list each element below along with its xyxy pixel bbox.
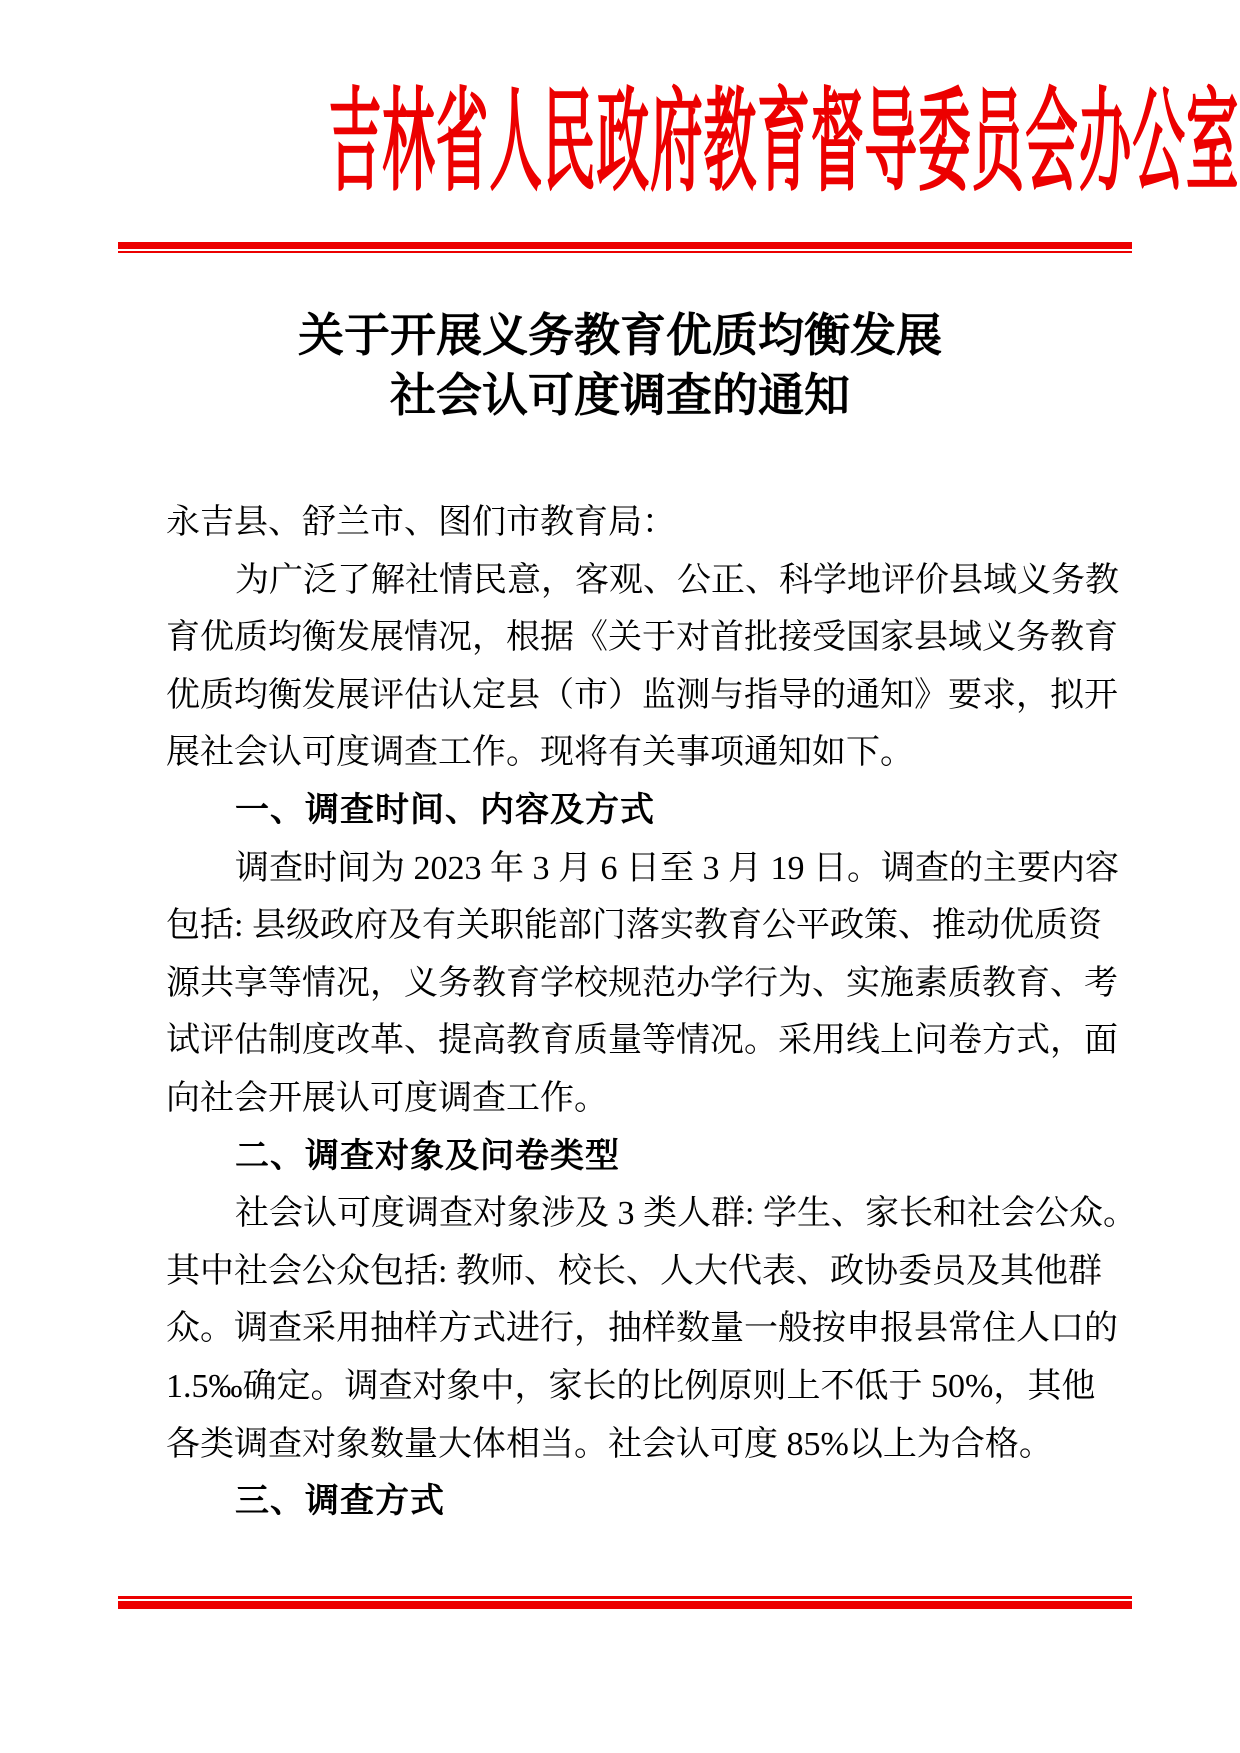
red-separator-top-thin-bar	[118, 251, 1132, 253]
body-line: 试评估制度改革、提高教育质量等情况。采用线上问卷方式，面	[166, 1012, 1088, 1070]
body-line: 其中社会公众包括: 教师、校长、人大代表、政协委员及其他群	[166, 1243, 1088, 1301]
body-line: 各类调查对象数量大体相当。社会认可度 85%以上为合格。	[166, 1416, 1088, 1474]
section-heading-2: 二、调查对象及问卷类型	[166, 1128, 1088, 1186]
document-body: 永吉县、舒兰市、图们市教育局： 为广泛了解社情民意，客观、公正、科学地评价县域义…	[166, 494, 1088, 1531]
section-heading-3: 三、调查方式	[166, 1473, 1088, 1531]
body-line: 包括: 县级政府及有关职能部门落实教育公平政策、推动优质资	[166, 897, 1088, 955]
body-line: 1.5‰确定。调查对象中，家长的比例原则上不低于 50%，其他	[166, 1358, 1088, 1416]
red-separator-top-thick-bar	[118, 242, 1132, 249]
salutation-line: 永吉县、舒兰市、图们市教育局：	[166, 494, 1088, 552]
section-heading-1: 一、调查时间、内容及方式	[166, 782, 1088, 840]
body-line: 育优质均衡发展情况，根据《关于对首批接受国家县域义务教育	[166, 609, 1088, 667]
red-separator-bottom	[118, 1596, 1132, 1609]
red-separator-bottom-thick-bar	[118, 1601, 1132, 1609]
red-separator-top	[118, 242, 1132, 253]
document-title: 关于开展义务教育优质均衡发展 社会认可度调查的通知	[0, 306, 1240, 426]
red-separator-bottom-thin-bar	[118, 1596, 1132, 1599]
body-line: 社会认可度调查对象涉及 3 类人群: 学生、家长和社会公众。	[166, 1185, 1088, 1243]
body-line: 为广泛了解社情民意，客观、公正、科学地评价县域义务教	[166, 552, 1088, 610]
body-line: 众。调查采用抽样方式进行，抽样数量一般按申报县常住人口的	[166, 1300, 1088, 1358]
document-title-line-1: 关于开展义务教育优质均衡发展	[0, 306, 1240, 366]
official-notice-page: 吉林省人民政府教育督导委员会办公室 关于开展义务教育优质均衡发展 社会认可度调查…	[0, 0, 1240, 1753]
body-line: 源共享等情况，义务教育学校规范办学行为、实施素质教育、考	[166, 955, 1088, 1013]
body-line: 展社会认可度调查工作。现将有关事项通知如下。	[166, 724, 1088, 782]
body-line: 优质均衡发展评估认定县（市）监测与指导的通知》要求，拟开	[166, 667, 1088, 725]
agency-header-title: 吉林省人民政府教育督导委员会办公室	[329, 78, 912, 208]
body-line: 调查时间为 2023 年 3 月 6 日至 3 月 19 日。调查的主要内容	[166, 840, 1088, 898]
document-title-line-2: 社会认可度调查的通知	[0, 366, 1240, 426]
body-line: 向社会开展认可度调查工作。	[166, 1070, 1088, 1128]
